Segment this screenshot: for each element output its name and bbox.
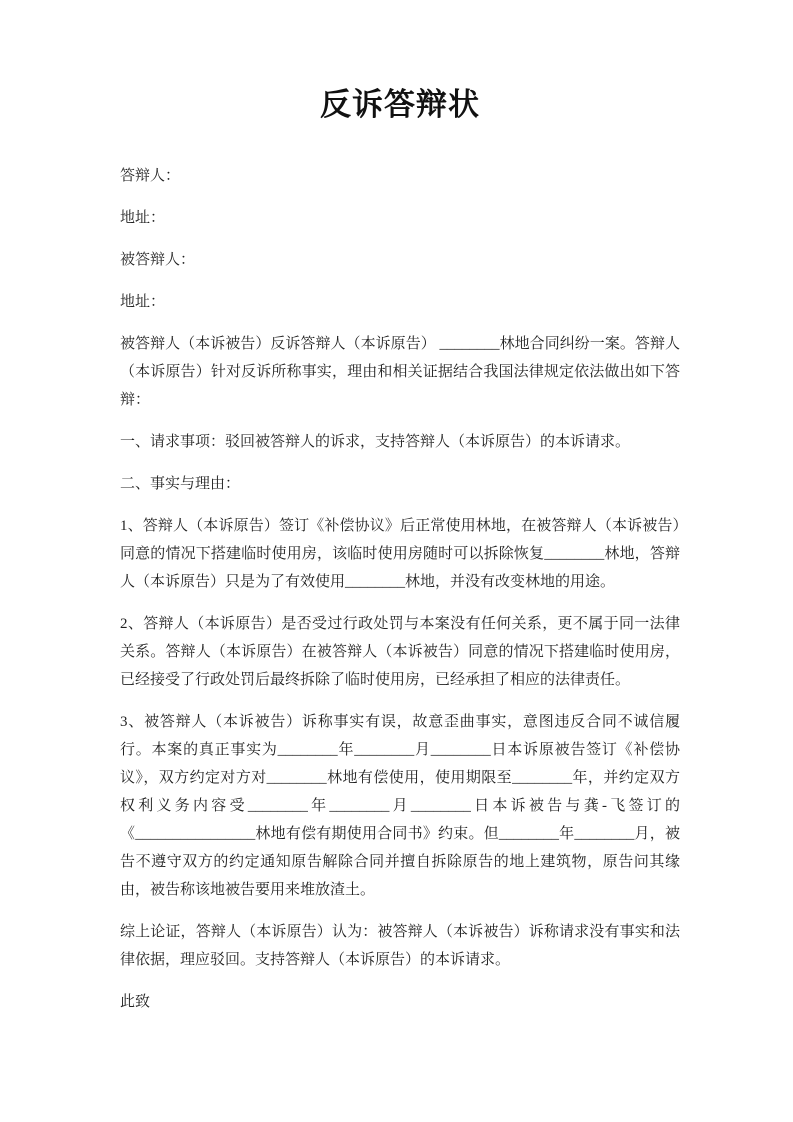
fact-paragraph-3: 3、被答辩人（本诉被告）诉称事实有误，故意歪曲事实，意图违反合同不诚信履行。本案… (120, 708, 680, 904)
document-title: 反诉答辩状 (120, 82, 680, 128)
respondent-address-label: 地址： (120, 288, 680, 316)
facts-heading: 二、事实与理由： (120, 470, 680, 498)
conclusion-paragraph: 综上论证，答辩人（本诉原告）认为：被答辩人（本诉被告）诉称请求没有事实和法律依据… (120, 918, 680, 974)
fact-paragraph-2: 2、答辩人（本诉原告）是否受过行政处罚与本案没有任何关系，更不属于同一法律关系。… (120, 610, 680, 694)
answerer-address-label: 地址： (120, 204, 680, 232)
respondent-label: 被答辩人： (120, 246, 680, 274)
document-content: 反诉答辩状 答辩人： 地址： 被答辩人： 地址： 被答辩人（本诉被告）反诉答辩人… (0, 0, 793, 1016)
document-page: 反诉答辩状 答辩人： 地址： 被答辩人： 地址： 被答辩人（本诉被告）反诉答辩人… (0, 0, 793, 1122)
closing-phrase: 此致 (120, 988, 680, 1016)
answerer-label: 答辩人： (120, 162, 680, 190)
fact-paragraph-1: 1、答辩人（本诉原告）签订《补偿协议》后正常使用林地，在被答辩人（本诉被告）同意… (120, 512, 680, 596)
intro-paragraph: 被答辩人（本诉被告）反诉答辩人（本诉原告） ________林地合同纠纷一案。答… (120, 330, 680, 414)
claim-item-paragraph: 一、请求事项：驳回被答辩人的诉求，支持答辩人（本诉原告）的本诉请求。 (120, 428, 680, 456)
